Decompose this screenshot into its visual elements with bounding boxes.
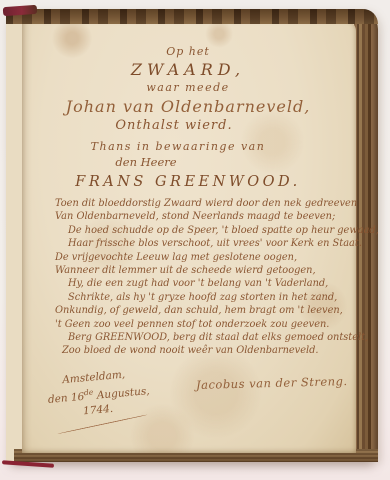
footer-date-day: den 16	[47, 390, 84, 405]
title-zwaard: ZWAARD,	[32, 60, 344, 80]
title-op-het: Op het	[32, 44, 344, 60]
poem-line: De vrijgevochte Leeuw lag met geslotene …	[55, 251, 361, 264]
title-thans-in-bewaaringe: Thans in bewaaringe van	[22, 139, 334, 155]
title-frans-greenwood: FRANS GREENWOOD.	[32, 172, 344, 192]
poem-line: Onkundig, of geweld, dan schuld, hem bra…	[55, 304, 361, 317]
poem-line: Zoo bloed de wond nooit weêr van Oldenba…	[55, 344, 361, 357]
poem-line: Wanneer dit lemmer uit de scheede wierd …	[55, 264, 361, 277]
poem-line: Toen dit bloeddorstig Zwaard wierd door …	[55, 197, 361, 210]
title-johan-van-oldenbarneveld: Johan van Oldenbarneveld,	[32, 96, 344, 117]
poem-line: Van Oldenbarneveld, stond Neerlands maag…	[55, 210, 361, 223]
title-onthalst-wierd: Onthalst wierd.	[18, 117, 330, 135]
page-top-edge	[6, 9, 378, 24]
poem-line: De hoed schudde op de Speer, 't bloed sp…	[55, 224, 361, 237]
poem-line: Berg GREENWOOD, berg dit staal dat elks …	[55, 331, 361, 344]
poem-line: Haar frissche blos verschoot, uit vrees'…	[55, 237, 361, 250]
photo-background: Op het ZWAARD, waar meede Johan van Olde…	[0, 0, 390, 480]
title-den-heere: den Heere	[0, 155, 302, 170]
poem-line: Hy, die een zugt had voor 't belang van …	[55, 277, 361, 290]
poem: Toen dit bloeddorstig Zwaard wierd door …	[55, 197, 361, 358]
footer-date-block: Amsteldam, den 16de Augustus, 1744.	[46, 366, 152, 430]
poem-line: Schrikte, als hy 't gryze hoofd zag stor…	[55, 291, 361, 304]
poem-line: 't Geen zoo veel pennen stof tot onderzo…	[55, 318, 361, 331]
title-waar-meede: waar meede	[32, 80, 344, 96]
title-block: Op het ZWAARD, waar meede Johan van Olde…	[32, 44, 344, 192]
footer-date-ordinal: de	[84, 387, 94, 397]
